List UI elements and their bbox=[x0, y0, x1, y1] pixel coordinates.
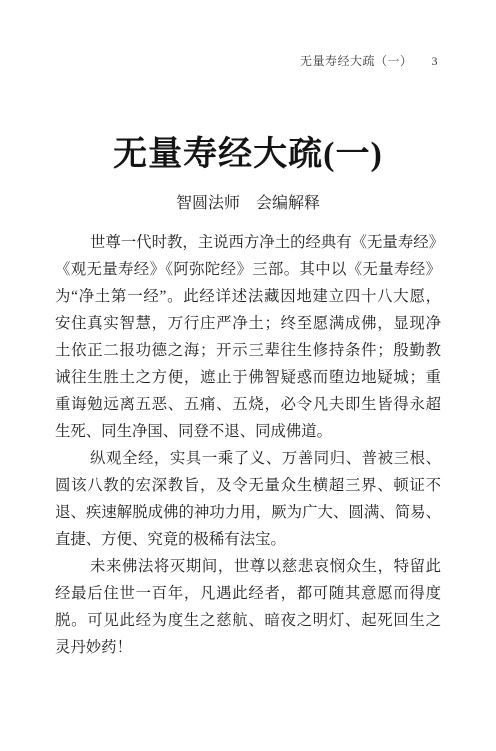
body-line: 安住真实智慧，万行庄严净土；终至愿满成佛，显现净 bbox=[55, 310, 441, 337]
body-line: 生死、同生净国、同登不退、同成佛道。 bbox=[55, 418, 441, 445]
body-line: 退、疾速解脱成佛的神功力用，厥为广大、圆满、简易、 bbox=[55, 499, 441, 526]
body-line: 圆该八教的宏深教旨，及令无量众生横超三界、顿证不 bbox=[55, 472, 441, 499]
body-line: 诫往生胜土之方便，遮止于佛智疑惑而堕边地疑城；重 bbox=[55, 364, 441, 391]
page-number: 3 bbox=[432, 54, 439, 69]
body-line: 为“净土第一经”。此经详述法藏因地建立四十八大愿， bbox=[55, 283, 441, 310]
body-line: 直捷、方便、究竟的极稀有法宝。 bbox=[55, 526, 441, 553]
body-line: 土依正二报功德之海；开示三辈往生修持条件；殷勤教 bbox=[55, 337, 441, 364]
body-line: 灵丹妙药！ bbox=[55, 634, 441, 661]
running-header: 无量寿经大疏（一） 3 bbox=[300, 52, 438, 69]
document-subtitle: 智圆法师 会编解释 bbox=[0, 193, 496, 215]
body-line: 纵观全经，实具一乘了义、万善同归、普被三根、 bbox=[55, 445, 441, 472]
document-page: 无量寿经大疏（一） 3 无量寿经大疏(一) 智圆法师 会编解释 世尊一代时教，主… bbox=[0, 0, 496, 751]
body-line: 未来佛法将灭期间，世尊以慈悲哀悯众生，特留此 bbox=[55, 553, 441, 580]
body-line: 世尊一代时教，主说西方净土的经典有《无量寿经》 bbox=[55, 229, 441, 256]
body-line: 重诲勉远离五恶、五痛、五烧，必令凡夫即生皆得永超 bbox=[55, 391, 441, 418]
running-title: 无量寿经大疏（一） bbox=[300, 52, 413, 69]
body-line: 经最后住世一百年，凡遇此经者，都可随其意愿而得度 bbox=[55, 580, 441, 607]
body-line: 脱。可见此经为度生之慈航、暗夜之明灯、起死回生之 bbox=[55, 607, 441, 634]
document-title: 无量寿经大疏(一) bbox=[0, 132, 496, 178]
body-line: 《观无量寿经》《阿弥陀经》三部。其中以《无量寿经》 bbox=[55, 256, 441, 283]
body-paragraphs: 世尊一代时教，主说西方净土的经典有《无量寿经》 《观无量寿经》《阿弥陀经》三部。… bbox=[55, 229, 441, 661]
